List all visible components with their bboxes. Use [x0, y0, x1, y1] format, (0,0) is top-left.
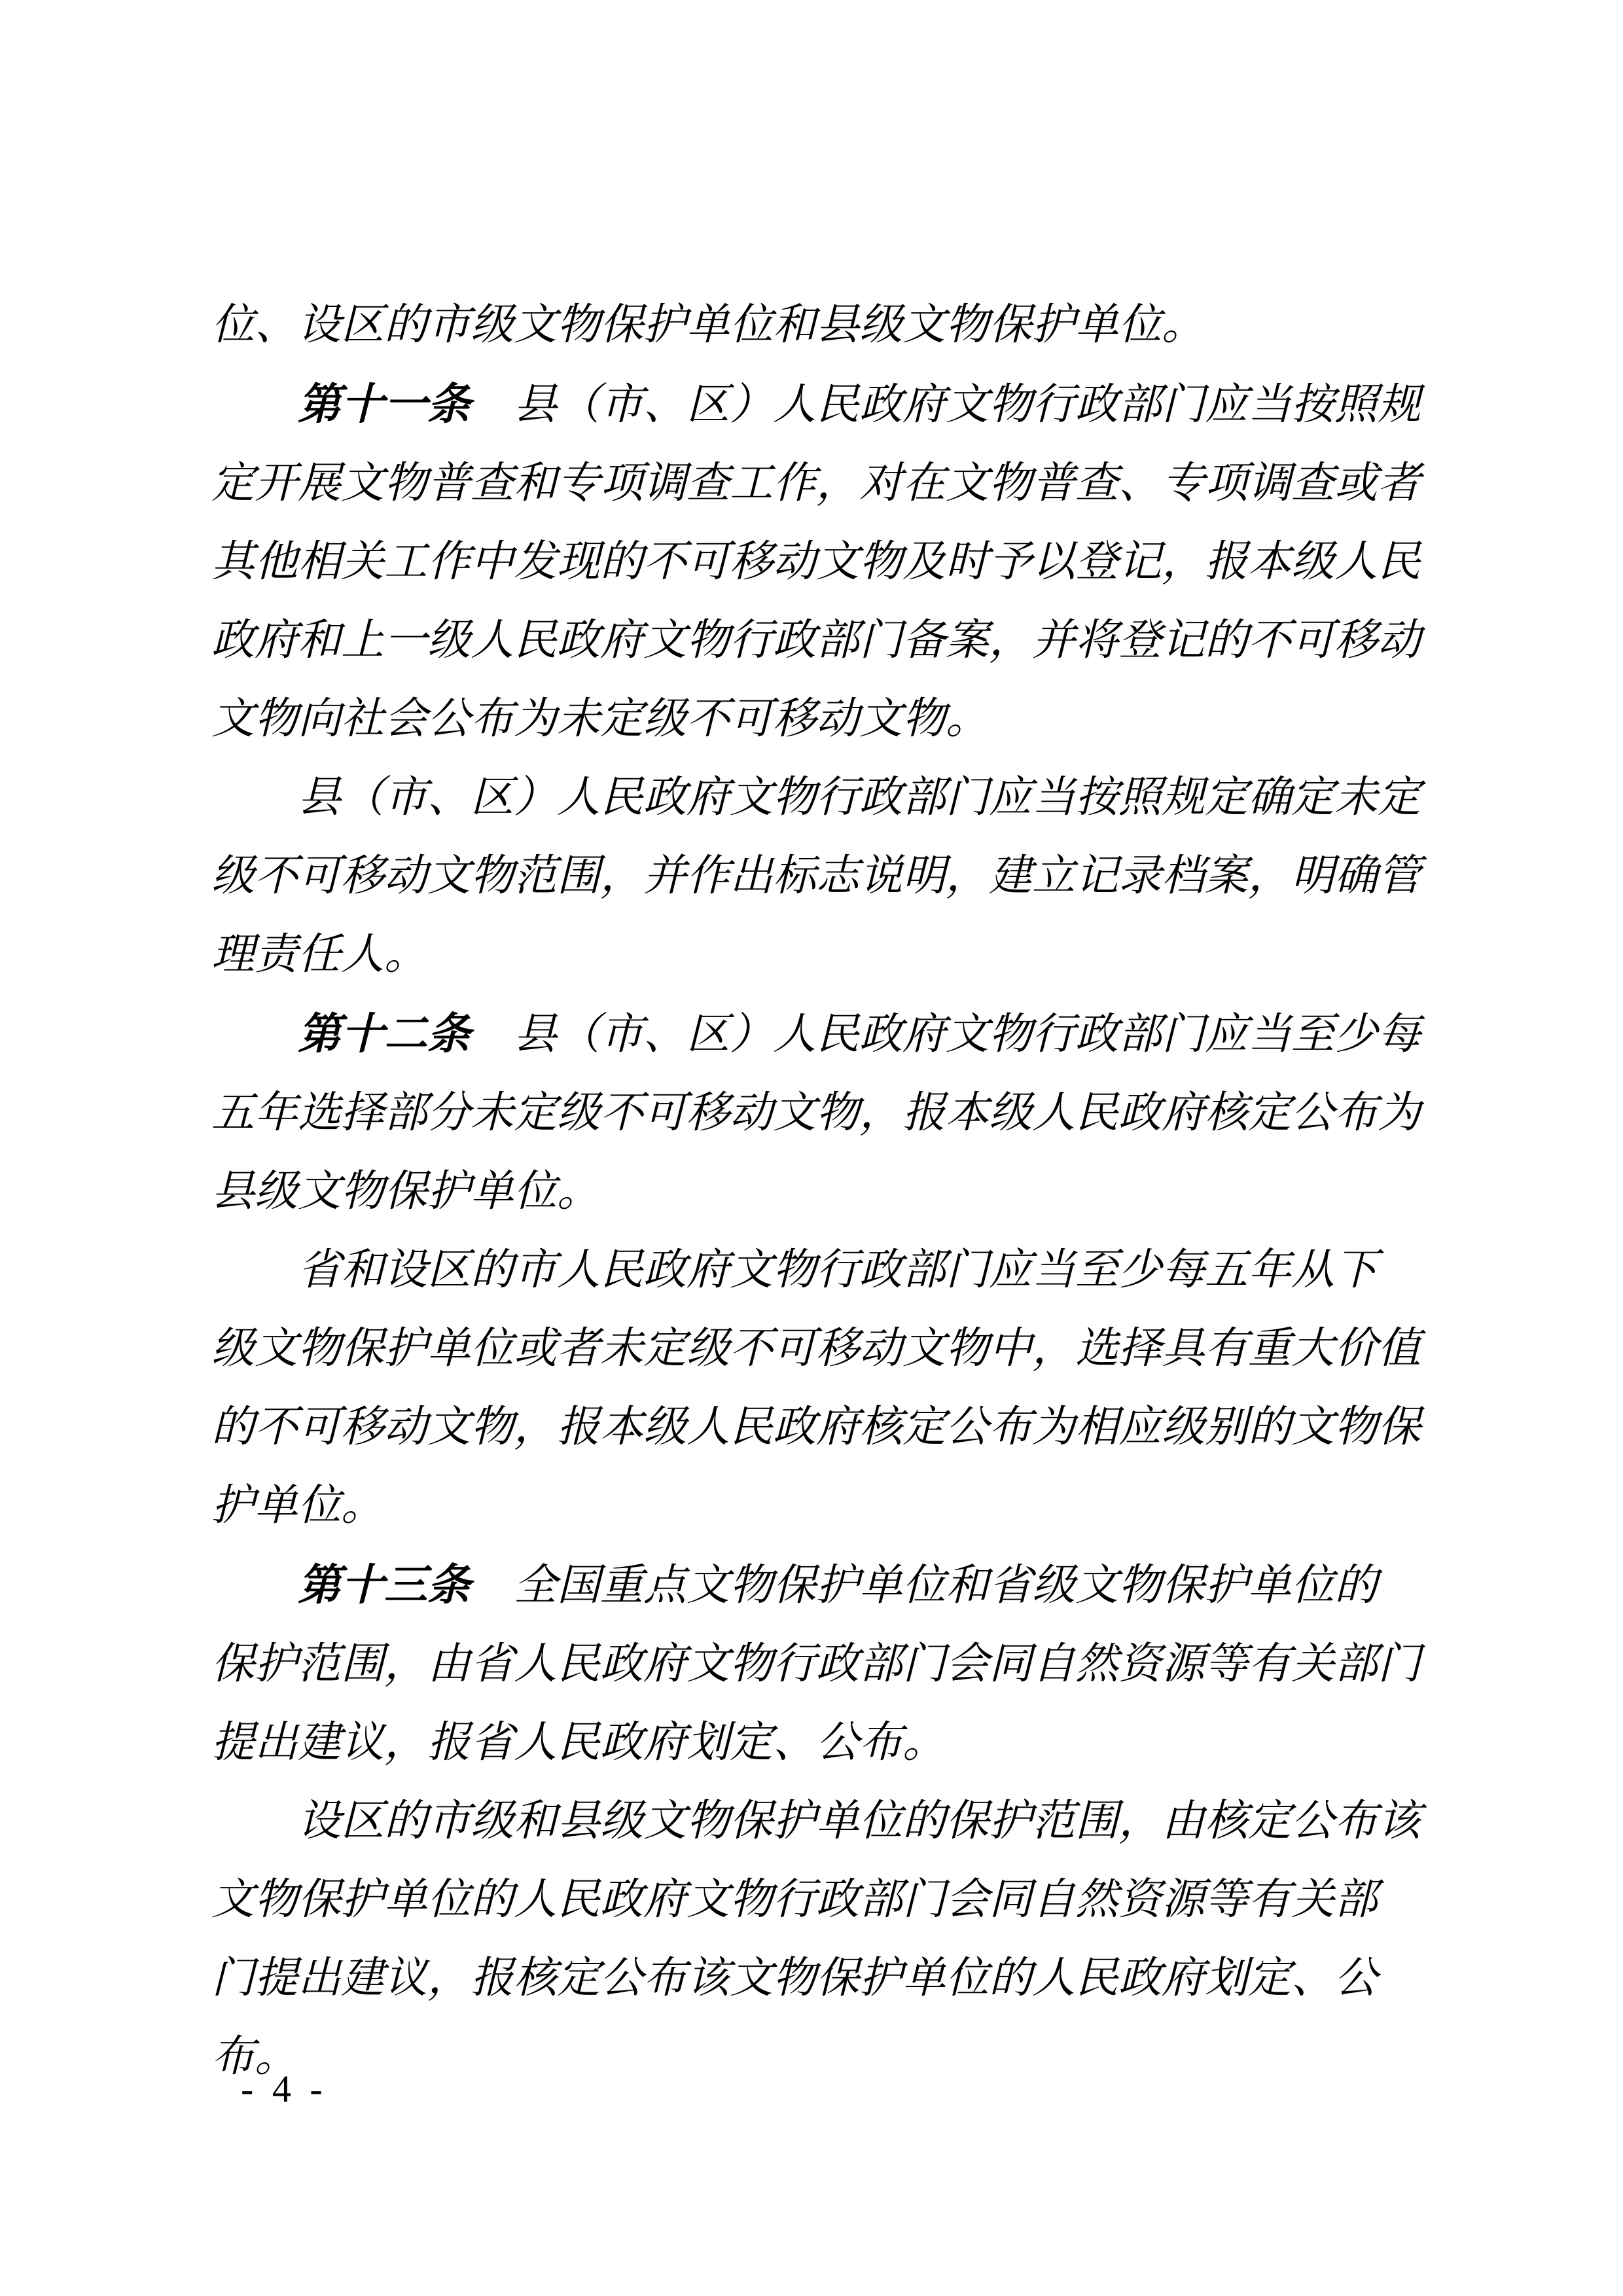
- paragraph: 位、设区的市级文物保护单位和县级文物保护单位。: [211, 286, 1421, 365]
- paragraph-article-13: 第十三条 全国重点文物保护单位和省级文物保护单位的 保护范围，由省人民政府文物行…: [211, 1545, 1421, 1782]
- article-number: 第十二条: [298, 1009, 471, 1058]
- body-text: 位、设区的市级文物保护单位和县级文物保护单位。 第十一条 县（市、区）人民政府文…: [211, 286, 1421, 2096]
- paragraph-text: 设区的市级和县级文物保护单位的保护范围，由核定公布该 文物保护单位的人民政府文物…: [211, 1797, 1421, 2081]
- paragraph: 县（市、区）人民政府文物行政部门应当按照规定确定未定 级不可移动文物范围，并作出…: [211, 759, 1421, 994]
- article-number: 第十三条: [298, 1560, 471, 1609]
- paragraph-text: 县（市、区）人民政府文物行政部门应当按照规 定开展文物普查和专项调查工作，对在文…: [211, 381, 1421, 743]
- document-page: 位、设区的市级文物保护单位和县级文物保护单位。 第十一条 县（市、区）人民政府文…: [0, 0, 1623, 2296]
- paragraph-article-12: 第十二条 县（市、区）人民政府文物行政部门应当至少每 五年选择部分未定级不可移动…: [211, 994, 1421, 1231]
- page-number: - 4 -: [241, 2063, 327, 2115]
- paragraph-text: 位、设区的市级文物保护单位和县级文物保护单位。: [211, 301, 1205, 349]
- article-number: 第十一条: [298, 380, 471, 428]
- paragraph-article-11: 第十一条 县（市、区）人民政府文物行政部门应当按照规 定开展文物普查和专项调查工…: [211, 365, 1421, 759]
- paragraph: 省和设区的市人民政府文物行政部门应当至少每五年从下 级文物保护单位或者未定级不可…: [211, 1231, 1421, 1545]
- paragraph-text: 县（市、区）人民政府文物行政部门应当按照规定确定未定 级不可移动文物范围，并作出…: [211, 774, 1421, 978]
- paragraph: 设区的市级和县级文物保护单位的保护范围，由核定公布该 文物保护单位的人民政府文物…: [211, 1782, 1421, 2096]
- paragraph-text: 省和设区的市人民政府文物行政部门应当至少每五年从下 级文物保护单位或者未定级不可…: [211, 1246, 1421, 1530]
